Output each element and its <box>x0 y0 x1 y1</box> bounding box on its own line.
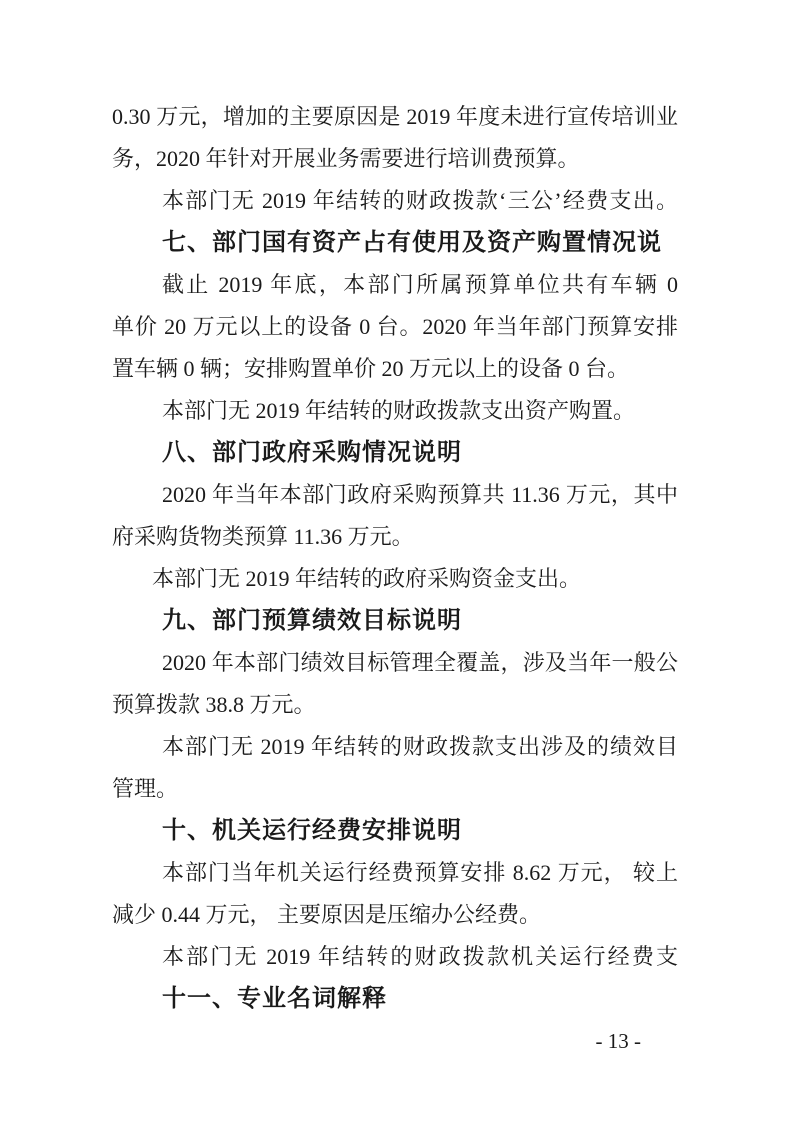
section-heading: 十一、专业名词解释 <box>112 978 678 1020</box>
section-heading: 九、部门预算绩效目标说明 <box>112 600 678 642</box>
paragraph-line: 本部门无 2019 年结转的财政拨款机关运行经费支出。 <box>112 936 678 978</box>
paragraph-line: 管理。 <box>112 768 678 810</box>
paragraph-line: 务，2020 年针对开展业务需要进行培训费预算。 <box>112 138 678 180</box>
section-heading: 十、机关运行经费安排说明 <box>112 810 678 852</box>
paragraph-line: 2020 年本部门绩效目标管理全覆盖，涉及当年一般公共 <box>112 642 678 684</box>
paragraph-line: 本部门无 2019 年结转的政府采购资金支出。 <box>112 558 678 600</box>
paragraph-line: 本部门无 2019 年结转的财政拨款支出涉及的绩效目标 <box>112 726 678 768</box>
paragraph-line: 单价 20 万元以上的设备 0 台。2020 年当年部门预算安排购 <box>112 306 678 348</box>
section-heading: 八、部门政府采购情况说明 <box>112 432 678 474</box>
document-page: 0.30 万元，增加的主要原因是 2019 年度未进行宣传培训业务，2020 年… <box>0 0 793 1122</box>
paragraph-line: 本部门当年机关运行经费预算安排 8.62 万元， 较上年 <box>112 852 678 894</box>
paragraph-line: 预算拨款 38.8 万元。 <box>112 684 678 726</box>
paragraph-line: 0.30 万元，增加的主要原因是 2019 年度未进行宣传培训业 <box>112 96 678 138</box>
page-number: - 13 - <box>596 1028 642 1054</box>
document-body: 0.30 万元，增加的主要原因是 2019 年度未进行宣传培训业务，2020 年… <box>112 96 678 1020</box>
paragraph-line: 置车辆 0 辆；安排购置单价 20 万元以上的设备 0 台。 <box>112 348 678 390</box>
paragraph-line: 减少 0.44 万元， 主要原因是压缩办公经费。 <box>112 894 678 936</box>
paragraph-line: 本部门无 2019 年结转的财政拨款‘三公’经费支出。 <box>112 180 678 222</box>
paragraph-line: 截止 2019 年底，本部门所属预算单位共有车辆 0 辆， <box>112 264 678 306</box>
paragraph-line: 2020 年当年本部门政府采购预算共 11.36 万元，其中政 <box>112 474 678 516</box>
paragraph-line: 府采购货物类预算 11.36 万元。 <box>112 516 678 558</box>
section-heading: 七、部门国有资产占有使用及资产购置情况说明 <box>112 222 678 264</box>
paragraph-line: 本部门无 2019 年结转的财政拨款支出资产购置。 <box>112 390 678 432</box>
